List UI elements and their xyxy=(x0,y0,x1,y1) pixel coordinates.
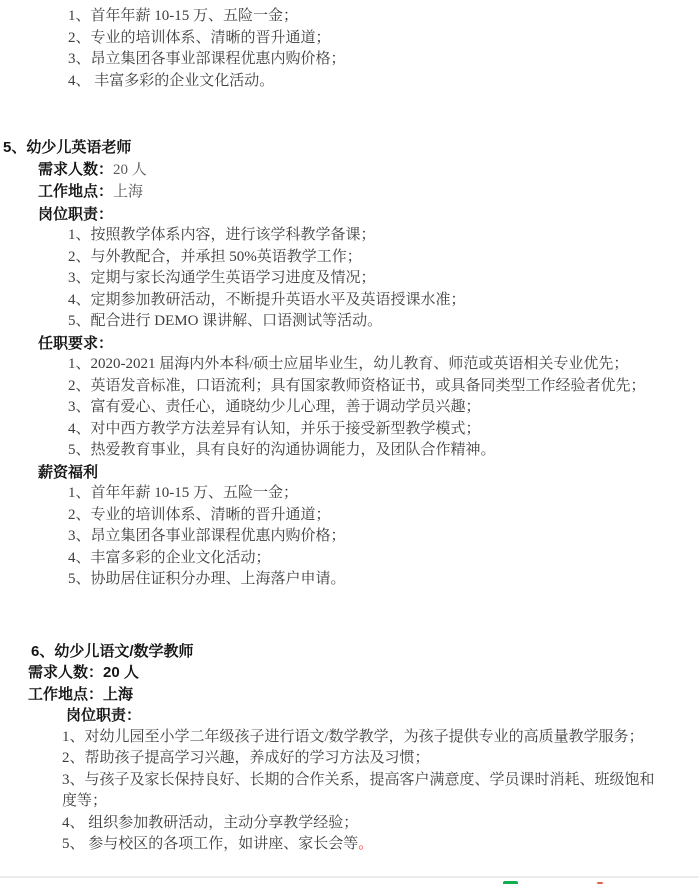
requirement-item: 4、对中西方教学方法差异有认知，并乐于接受新型教学模式； xyxy=(68,419,699,441)
duty-item: 1、对幼儿园至小学二年级孩子进行语文/数学教学，为孩子提供专业的高质量教学服务； xyxy=(62,727,662,749)
requirement-item: 5、热爱教育事业，具有良好的沟通协调能力，及团队合作精神。 xyxy=(68,440,699,462)
spacer xyxy=(0,92,699,137)
duty-item: 2、帮助孩子提高学习兴趣，养成好的学习方法及习惯； xyxy=(62,748,662,770)
benefit-item: 4、丰富多彩的企业文化活动； xyxy=(68,548,699,570)
job5-benefits-heading: 薪资福利 xyxy=(38,462,699,484)
benefit-item: 2、专业的培训体系、清晰的晋升通道； xyxy=(68,505,699,527)
duty-item: 5、配合进行 DEMO 课讲解、口语测试等活动。 xyxy=(68,311,699,333)
job5-benefits-list: 1、首年年薪 10-15 万、五险一金； 2、专业的培训体系、清晰的晋升通道； … xyxy=(68,483,699,591)
benefit-item: 1、首年年薪 10-15 万、五险一金； xyxy=(68,483,699,505)
benefit-item: 3、昂立集团各事业部课程优惠内购价格； xyxy=(68,526,699,548)
duty-item: 3、与孩子及家长保持良好、长期的合作关系，提高客户满意度、学员课时消耗、班级饱和… xyxy=(62,770,662,813)
duty-item: 4、定期参加教研活动，不断提升英语水平及英语授课水准； xyxy=(68,290,699,312)
job5-duties-heading: 岗位职责： xyxy=(38,204,699,226)
requirement-item: 2、英语发音标准，口语流利；具有国家教师资格证书，或具备同类型工作经验者优先； xyxy=(68,376,699,398)
location-value: 上海 xyxy=(113,184,143,200)
duty-item: 5、 参与校区的各项工作，如讲座、家长会等。 xyxy=(62,834,662,856)
requirement-item: 3、富有爱心、责任心，通晓幼少儿心理，善于调动学员兴趣； xyxy=(68,397,699,419)
benefit-item: 4、 丰富多彩的企业文化活动。 xyxy=(68,71,699,93)
benefit-item: 2、专业的培训体系、清晰的晋升通道； xyxy=(68,28,699,50)
job5-location-row: 工作地点：上海 xyxy=(38,181,699,204)
job6-duties-list: 1、对幼儿园至小学二年级孩子进行语文/数学教学，为孩子提供专业的高质量教学服务；… xyxy=(62,727,662,856)
job6-location-row: 工作地点：上海 xyxy=(28,684,699,706)
benefit-item: 3、昂立集团各事业部课程优惠内购价格； xyxy=(68,49,699,71)
job5-headcount-row: 需求人数：20 人 xyxy=(38,159,699,182)
duty-item: 4、 组织参加教研活动，主动分享教学经验； xyxy=(62,813,662,835)
job6-headcount-row: 需求人数：20 人 xyxy=(28,662,699,684)
duty-item: 2、与外教配合，并承担 50%英语教学工作； xyxy=(68,247,699,269)
location-label: 工作地点： xyxy=(38,183,113,200)
spacer xyxy=(0,591,699,641)
intro-benefits-list: 1、首年年薪 10-15 万、五险一金； 2、专业的培训体系、清晰的晋升通道； … xyxy=(68,6,699,92)
headcount-value: 20 人 xyxy=(113,162,147,178)
job6-title: 6、幼少儿语文/数学教师 xyxy=(31,641,699,663)
job6-section: 6、幼少儿语文/数学教师 需求人数：20 人 工作地点：上海 岗位职责： 1、对… xyxy=(0,641,699,856)
document-page: 1、首年年薪 10-15 万、五险一金； 2、专业的培训体系、清晰的晋升通道； … xyxy=(0,0,699,856)
page-divider xyxy=(0,876,699,878)
headcount-label: 需求人数： xyxy=(38,161,113,178)
red-period-mark: 。 xyxy=(358,836,373,852)
job5-requirements-list: 1、2020-2021 届海内外本科/硕士应届毕业生，幼儿教育、师范或英语相关专… xyxy=(68,354,699,462)
job5-requirements-heading: 任职要求： xyxy=(38,333,699,355)
duty-item-text: 5、 参与校区的各项工作，如讲座、家长会等 xyxy=(62,836,358,852)
job6-duties-heading: 岗位职责： xyxy=(66,705,699,727)
benefit-item: 1、首年年薪 10-15 万、五险一金； xyxy=(68,6,699,28)
duty-item: 1、按照教学体系内容，进行该学科教学备课； xyxy=(68,225,699,247)
job5-duties-list: 1、按照教学体系内容，进行该学科教学备课； 2、与外教配合，并承担 50%英语教… xyxy=(68,225,699,333)
job5-title: 5、幼少儿英语老师 xyxy=(3,137,699,159)
duty-item: 3、定期与家长沟通学生英语学习进度及情况； xyxy=(68,268,699,290)
job5-section: 5、幼少儿英语老师 需求人数：20 人 工作地点：上海 岗位职责： 1、按照教学… xyxy=(0,137,699,591)
requirement-item: 1、2020-2021 届海内外本科/硕士应届毕业生，幼儿教育、师范或英语相关专… xyxy=(68,354,699,376)
benefit-item: 5、协助居住证积分办理、上海落户申请。 xyxy=(68,569,699,591)
